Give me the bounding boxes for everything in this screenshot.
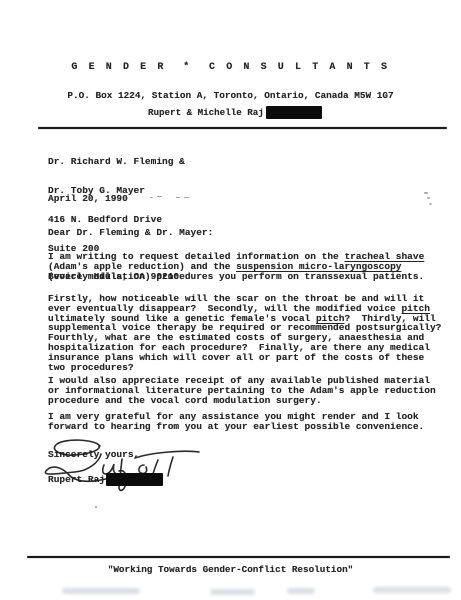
body-paragraph: I am very grateful for any assistance yo… [48, 412, 424, 432]
salutation: Dear Dr. Fleming & Dr. Mayer: [48, 227, 213, 238]
body-paragraph: I am writing to request detailed informa… [48, 252, 424, 281]
scan-speck [157, 196, 162, 197]
recipient-line: Dr. Richard W. Fleming & [48, 157, 185, 167]
scan-speck [150, 197, 153, 198]
scan-smudge [62, 588, 140, 594]
scan-smudge [287, 588, 315, 594]
letterhead-address: P.O. Box 1224, Station A, Toronto, Ontar… [0, 90, 461, 101]
scan-speck [427, 197, 430, 199]
recipient-line: 416 N. Bedford Drive [48, 215, 185, 225]
signer-name: Rupert Raj [48, 474, 105, 485]
body-paragraph: Firstly, how noticeable will the scar on… [48, 294, 441, 372]
letterhead-names: Rupert & Michelle Raj [148, 107, 264, 118]
redaction-box [106, 473, 163, 486]
footer-divider [27, 556, 450, 558]
signer-row: Rupert Raj [48, 473, 163, 486]
scan-speck [184, 197, 189, 198]
footer-tagline: "Working Towards Gender-Conflict Resolut… [0, 564, 461, 575]
body-paragraph: I would also appreciate receipt of any a… [48, 376, 436, 405]
redaction-box [266, 106, 322, 119]
scan-speck [429, 203, 432, 205]
letterhead-org-name: G E N D E R * C O N S U L T A N T S [0, 62, 461, 73]
scan-speck [424, 192, 428, 194]
letter-page: G E N D E R * C O N S U L T A N T S P.O.… [0, 0, 461, 600]
scan-speck [95, 506, 97, 508]
scan-smudge [210, 589, 255, 595]
scan-smudge [373, 587, 451, 593]
letterhead-names-row: Rupert & Michelle Raj [148, 106, 322, 119]
letter-date: April 20, 1990 [48, 193, 128, 204]
letterhead-divider [38, 127, 447, 129]
handwritten-signature [25, 436, 210, 504]
scan-speck [176, 197, 180, 198]
